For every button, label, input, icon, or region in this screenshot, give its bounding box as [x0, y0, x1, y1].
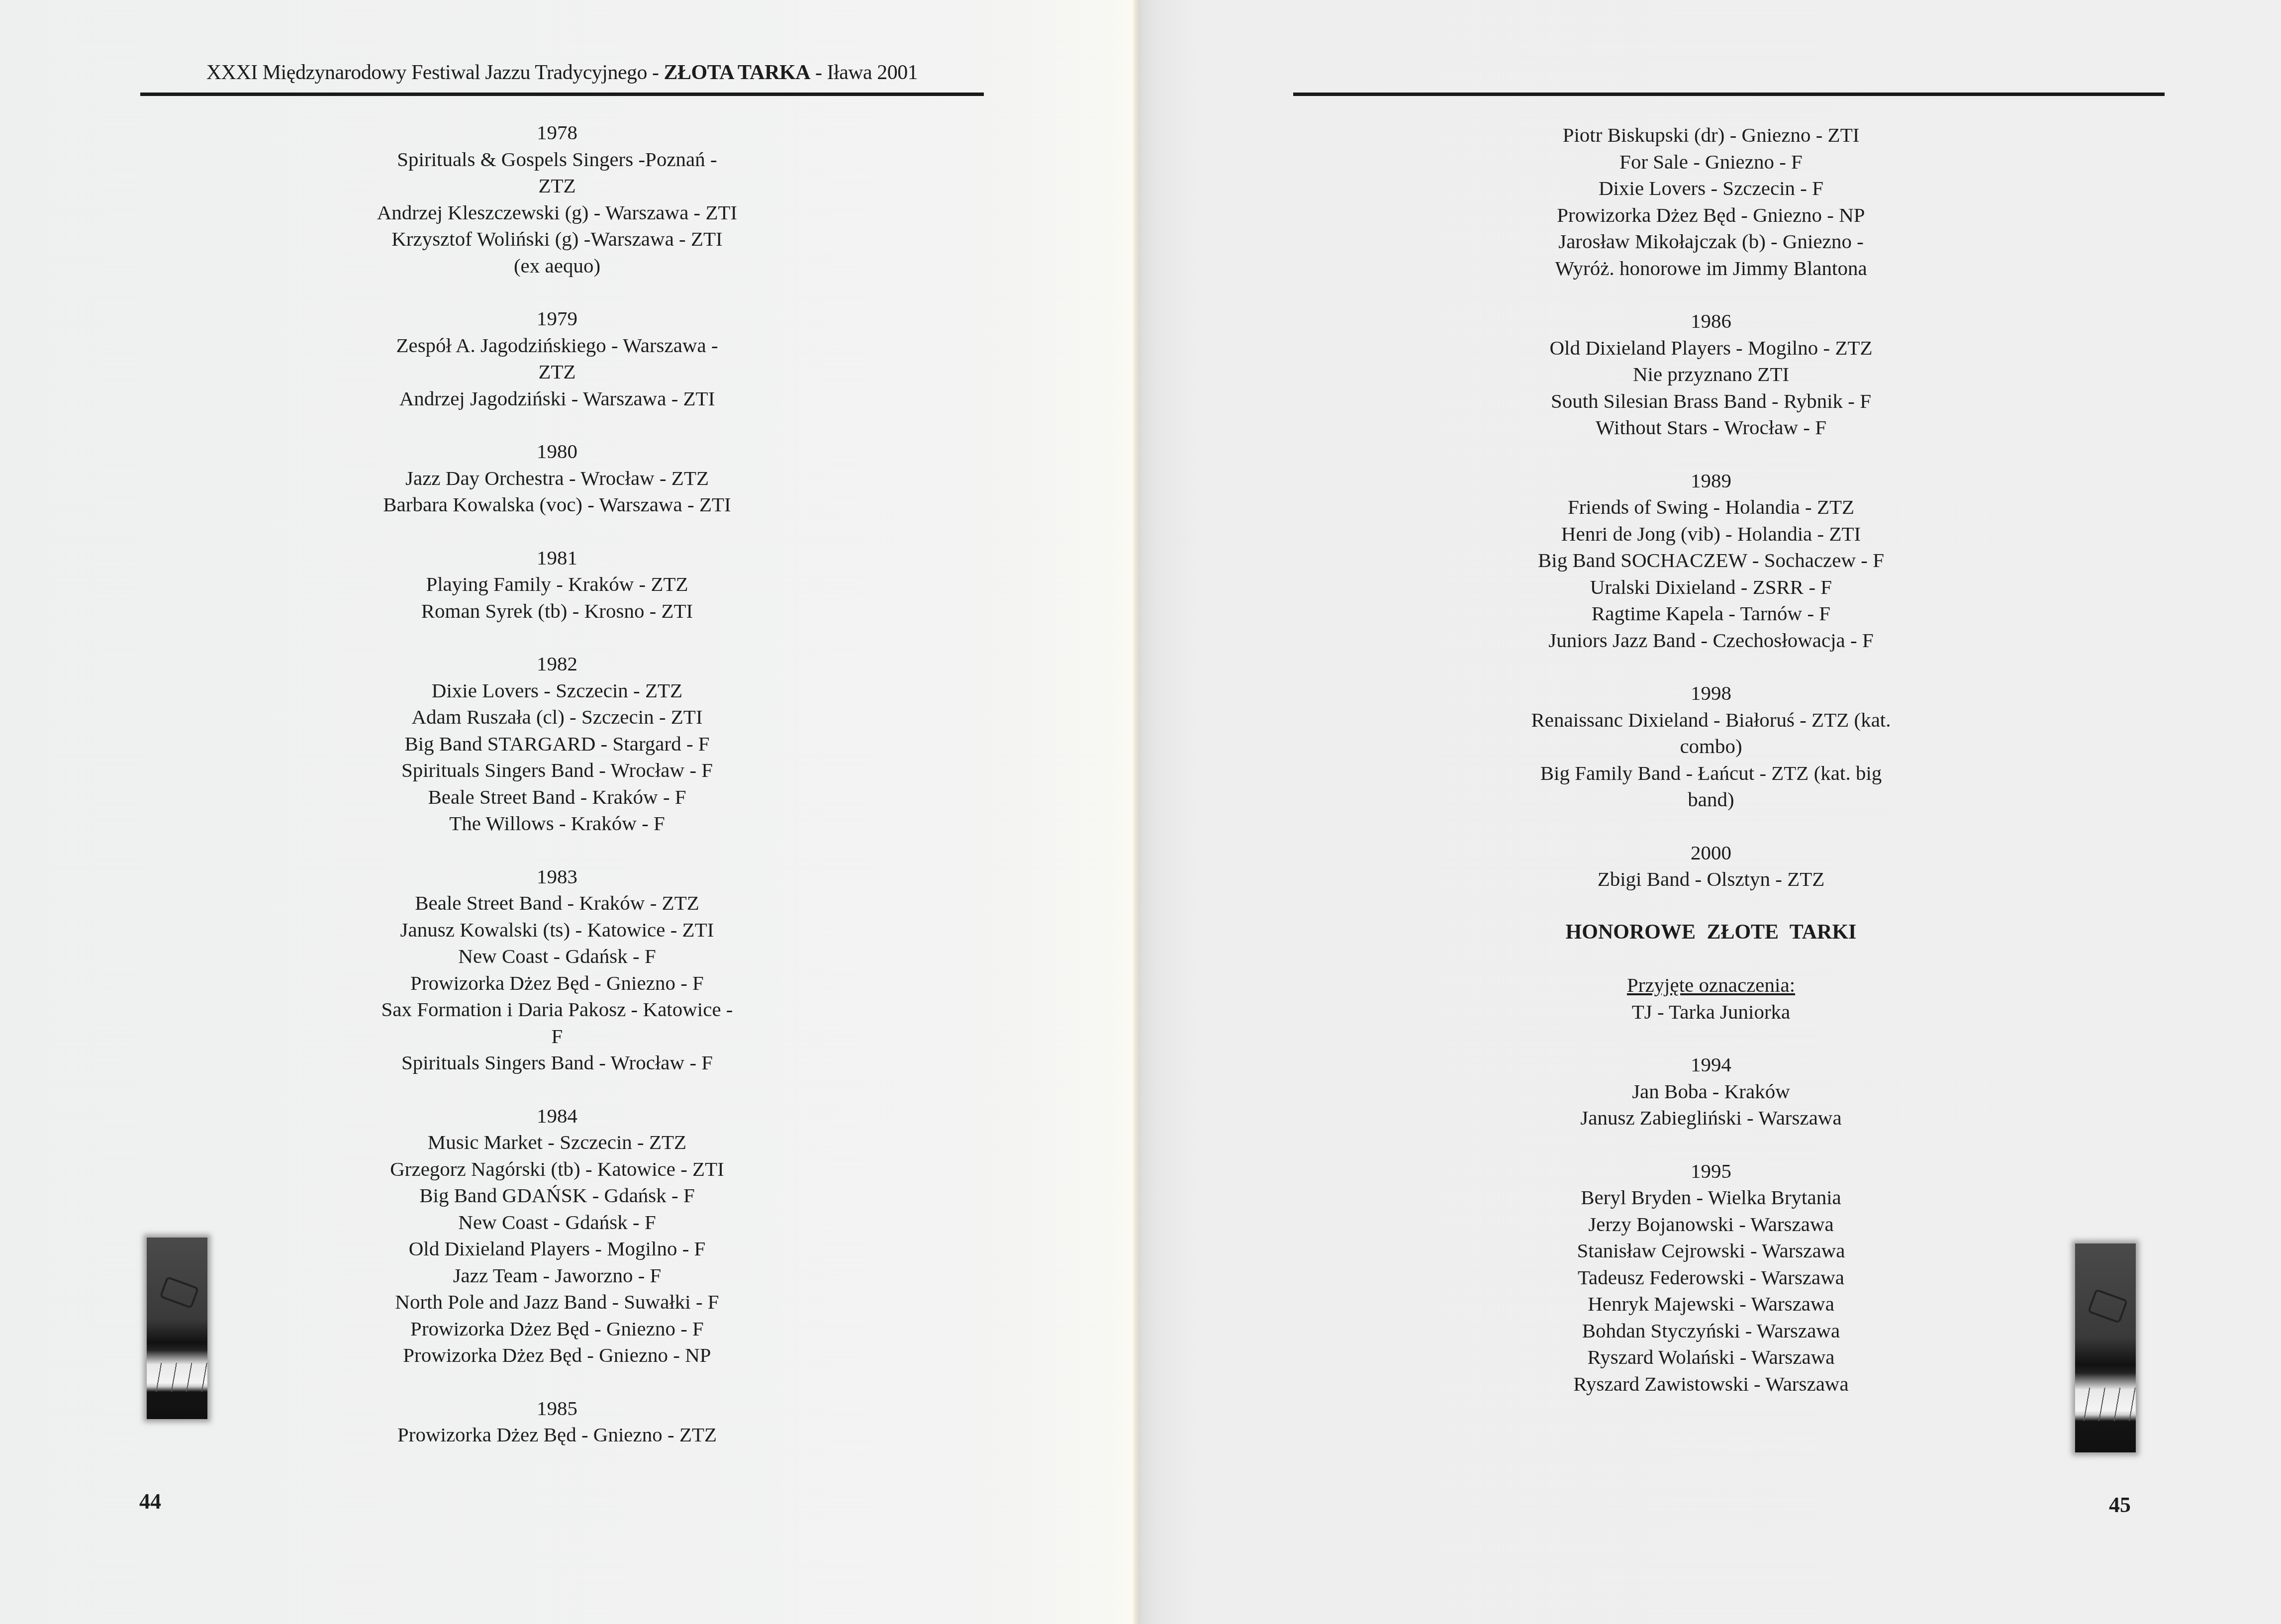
- award-entry: Jarosław Mikołajczak (b) - Gniezno -: [1462, 228, 1960, 255]
- year-block: 1983Beale Street Band - Kraków - ZTZJanu…: [308, 863, 806, 1076]
- award-entry: South Silesian Brass Band - Rybnik - F: [1462, 388, 1960, 415]
- piano-keys-icon: [147, 1363, 207, 1392]
- legend-title: Przyjęte oznaczenia:: [1462, 972, 1960, 999]
- award-entry: Prowizorka Dżez Będ - Gniezno - NP: [308, 1342, 806, 1369]
- award-entry: Big Band SOCHACZEW - Sochaczew - F: [1462, 547, 1960, 574]
- award-entry: Spirituals Singers Band - Wrocław - F: [308, 757, 806, 784]
- year-block: 1986Old Dixieland Players - Mogilno - ZT…: [1462, 308, 1960, 441]
- award-entry: Nie przyznano ZTI: [1462, 361, 1960, 388]
- award-entry: Henryk Majewski - Warszawa: [1462, 1291, 1960, 1318]
- legend-block: Przyjęte oznaczenia:TJ - Tarka Juniorka: [1462, 972, 1960, 1025]
- year-heading: 1998: [1462, 680, 1960, 707]
- award-entry: New Coast - Gdańsk - F: [308, 1209, 806, 1236]
- award-entry: Barbara Kowalska (voc) - Warszawa - ZTI: [308, 491, 806, 518]
- left-column: 1978Spirituals & Gospels Singers -Poznań…: [308, 119, 806, 1475]
- running-header: XXXI Międzynarodowy Festiwal Jazzu Trady…: [139, 61, 985, 85]
- header-suffix: - Iława 2001: [810, 61, 918, 84]
- award-entry: Without Stars - Wrocław - F: [1462, 414, 1960, 441]
- year-heading: 1984: [308, 1103, 806, 1130]
- award-entry: F: [308, 1023, 806, 1050]
- award-entry: Beryl Bryden - Wielka Brytania: [1462, 1184, 1960, 1211]
- award-entry: Juniors Jazz Band - Czechosłowacja - F: [1462, 627, 1960, 654]
- award-entry: Prowizorka Dżez Będ - Gniezno - F: [308, 970, 806, 997]
- year-heading: 1980: [308, 438, 806, 465]
- award-entry: Big Band STARGARD - Stargard - F: [308, 731, 806, 758]
- header-prefix: XXXI Międzynarodowy Festiwal Jazzu Trady…: [206, 61, 664, 84]
- year-block: 1978Spirituals & Gospels Singers -Poznań…: [308, 119, 806, 279]
- year-heading: 1986: [1462, 308, 1960, 335]
- header-rule-right: [1293, 93, 2165, 96]
- page-number-right: 45: [2109, 1492, 2131, 1518]
- award-entry: Ragtime Kapela - Tarnów - F: [1462, 600, 1960, 627]
- year-heading: 1983: [308, 863, 806, 890]
- year-block: 1981Playing Family - Kraków - ZTZRoman S…: [308, 545, 806, 625]
- award-entry: Henri de Jong (vib) - Holandia - ZTI: [1462, 521, 1960, 548]
- award-entry: Old Dixieland Players - Mogilno - ZTZ: [1462, 335, 1960, 362]
- award-entry: Dixie Lovers - Szczecin - F: [1462, 175, 1960, 202]
- award-entry: ZTZ: [308, 173, 806, 199]
- year-block: 1984Music Market - Szczecin - ZTZGrzegor…: [308, 1103, 806, 1369]
- award-entry: Ryszard Wolański - Warszawa: [1462, 1344, 1960, 1371]
- year-block: 2000Zbigi Band - Olsztyn - ZTZ: [1462, 840, 1960, 893]
- year-heading: 1994: [1462, 1051, 1960, 1078]
- award-entry: Prowizorka Dżez Będ - Gniezno - NP: [1462, 202, 1960, 229]
- award-entry: Bohdan Styczyński - Warszawa: [1462, 1318, 1960, 1344]
- header-rule: [140, 93, 984, 96]
- award-entry: Beale Street Band - Kraków - ZTZ: [308, 890, 806, 917]
- continued-block: Piotr Biskupski (dr) - Gniezno - ZTIFor …: [1462, 122, 1960, 282]
- year-block: 1995Beryl Bryden - Wielka BrytaniaJerzy …: [1462, 1158, 1960, 1398]
- year-heading: 1995: [1462, 1158, 1960, 1185]
- award-entry: Ryszard Zawistowski - Warszawa: [1462, 1371, 1960, 1398]
- award-entry: Janusz Kowalski (ts) - Katowice - ZTI: [308, 917, 806, 944]
- award-entry: Andrzej Kleszczewski (g) - Warszawa - ZT…: [308, 199, 806, 226]
- glasses-icon: [2087, 1289, 2128, 1324]
- award-entry: Piotr Biskupski (dr) - Gniezno - ZTI: [1462, 122, 1960, 149]
- year-heading: 1981: [308, 545, 806, 572]
- award-entry: Roman Syrek (tb) - Krosno - ZTI: [308, 598, 806, 625]
- section-title: HONOROWE ZŁOTE TARKI: [1462, 919, 1960, 946]
- year-block: 1998Renaissanc Dixieland - Białoruś - ZT…: [1462, 680, 1960, 813]
- award-entry: Big Band GDAŃSK - Gdańsk - F: [308, 1182, 806, 1209]
- award-entry: For Sale - Gniezno - F: [1462, 149, 1960, 176]
- award-entry: Zbigi Band - Olsztyn - ZTZ: [1462, 866, 1960, 893]
- year-heading: 1978: [308, 119, 806, 146]
- award-entry: North Pole and Jazz Band - Suwałki - F: [308, 1289, 806, 1316]
- piano-keys-icon: [2075, 1388, 2136, 1421]
- award-entry: Prowizorka Dżez Będ - Gniezno - F: [308, 1316, 806, 1342]
- piano-glasses-illustration-right: [2075, 1243, 2136, 1452]
- award-entry: Sax Formation i Daria Pakosz - Katowice …: [308, 996, 806, 1023]
- honorary-header-block: HONOROWE ZŁOTE TARKIPrzyjęte oznaczenia:…: [1462, 919, 1960, 1026]
- award-entry: Old Dixieland Players - Mogilno - F: [308, 1236, 806, 1262]
- award-entry: Jazz Team - Jaworzno - F: [308, 1262, 806, 1289]
- award-entry: Music Market - Szczecin - ZTZ: [308, 1129, 806, 1156]
- year-block: 1982Dixie Lovers - Szczecin - ZTZAdam Ru…: [308, 651, 806, 837]
- award-entry: Zespół A. Jagodzińskiego - Warszawa -: [308, 332, 806, 359]
- award-entry: Beale Street Band - Kraków - F: [308, 784, 806, 811]
- award-entry: Grzegorz Nagórski (tb) - Katowice - ZTI: [308, 1156, 806, 1183]
- year-heading: 1989: [1462, 468, 1960, 494]
- award-entry: Big Family Band - Łańcut - ZTZ (kat. big: [1462, 760, 1960, 787]
- glasses-icon: [159, 1276, 199, 1308]
- piano-glasses-illustration: [147, 1238, 207, 1419]
- award-entry: Dixie Lovers - Szczecin - ZTZ: [308, 677, 806, 704]
- award-entry: (ex aequo): [308, 253, 806, 280]
- year-heading: 2000: [1462, 840, 1960, 866]
- year-block: 1994Jan Boba - KrakówJanusz Zabiegliński…: [1462, 1051, 1960, 1132]
- award-entry: Jerzy Bojanowski - Warszawa: [1462, 1211, 1960, 1238]
- award-entry: Playing Family - Kraków - ZTZ: [308, 571, 806, 598]
- left-page: XXXI Międzynarodowy Festiwal Jazzu Trady…: [0, 0, 1137, 1624]
- year-heading: 1979: [308, 305, 806, 332]
- award-entry: combo): [1462, 733, 1960, 760]
- award-entry: Andrzej Jagodziński - Warszawa - ZTI: [308, 385, 806, 412]
- award-entry: Janusz Zabiegliński - Warszawa: [1462, 1105, 1960, 1132]
- award-entry: Uralski Dixieland - ZSRR - F: [1462, 574, 1960, 601]
- award-entry: Jan Boba - Kraków: [1462, 1078, 1960, 1105]
- award-entry: Stanisław Cejrowski - Warszawa: [1462, 1238, 1960, 1264]
- page-number: 44: [139, 1489, 161, 1514]
- award-entry: Krzysztof Woliński (g) -Warszawa - ZTI: [308, 226, 806, 253]
- award-entry: Spirituals Singers Band - Wrocław - F: [308, 1050, 806, 1076]
- year-heading: 1982: [308, 651, 806, 677]
- award-entry: Adam Ruszała (cl) - Szczecin - ZTI: [308, 704, 806, 731]
- award-entry: band): [1462, 786, 1960, 813]
- award-entry: Renaissanc Dixieland - Białoruś - ZTZ (k…: [1462, 707, 1960, 734]
- right-column: Piotr Biskupski (dr) - Gniezno - ZTIFor …: [1462, 122, 1960, 1424]
- year-heading: 1985: [308, 1395, 806, 1422]
- legend-entry: TJ - Tarka Juniorka: [1462, 999, 1960, 1026]
- year-block: 1985Prowizorka Dżez Będ - Gniezno - ZTZ: [308, 1395, 806, 1448]
- year-block: 1979Zespół A. Jagodzińskiego - Warszawa …: [308, 305, 806, 412]
- year-block: 1989Friends of Swing - Holandia - ZTZHen…: [1462, 468, 1960, 654]
- award-entry: Wyróż. honorowe im Jimmy Blantona: [1462, 255, 1960, 282]
- award-entry: Friends of Swing - Holandia - ZTZ: [1462, 494, 1960, 521]
- year-block: 1980Jazz Day Orchestra - Wrocław - ZTZBa…: [308, 438, 806, 518]
- book-spine: [1133, 0, 1140, 1624]
- award-entry: The Willows - Kraków - F: [308, 810, 806, 837]
- award-entry: ZTZ: [308, 359, 806, 385]
- award-entry: Prowizorka Dżez Będ - Gniezno - ZTZ: [308, 1422, 806, 1448]
- award-entry: New Coast - Gdańsk - F: [308, 943, 806, 970]
- award-entry: Tadeusz Federowski - Warszawa: [1462, 1264, 1960, 1291]
- award-entry: Jazz Day Orchestra - Wrocław - ZTZ: [308, 465, 806, 492]
- award-entry: Spirituals & Gospels Singers -Poznań -: [308, 146, 806, 173]
- header-bold-title: ZŁOTA TARKA: [664, 61, 810, 84]
